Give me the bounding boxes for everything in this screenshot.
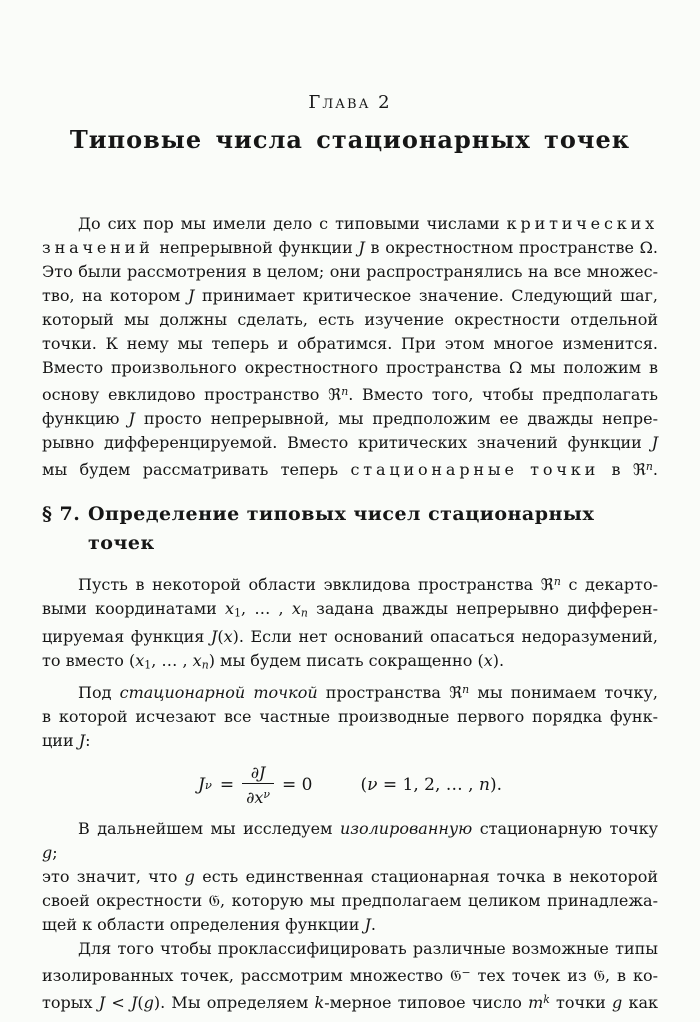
text-segment: изолированных точек, рассмотрим множеств…: [42, 966, 450, 985]
text-segment-m: g: [612, 993, 622, 1012]
text-segment: пространства: [318, 683, 450, 702]
text-segment-i: изолированную: [340, 819, 472, 838]
text-segment: ;: [52, 843, 57, 862]
text-segment: задана дважды непрерывно дифферен-: [308, 599, 658, 618]
text-segment: мы будем рассматривать теперь: [42, 460, 350, 479]
text-segment: тех точек из: [471, 966, 594, 985]
text-segment-m: g: [144, 993, 154, 1012]
text-segment-msup: k: [543, 993, 550, 1006]
text-segment: точки. К нему мы теперь и обратимся. При…: [42, 334, 658, 353]
text-segment: ) мы будем писать сокращенно (: [209, 651, 484, 670]
text-line: В дальнейшем мы исследуем изолированную …: [42, 817, 658, 865]
condition-var: ν: [367, 775, 377, 795]
equals-zero: = 0: [282, 775, 312, 795]
numerator-var: J: [259, 763, 265, 782]
text-segment: До сих пор мы имели дело с типовыми числ…: [78, 214, 507, 233]
paragraph-stationary-point-def: Под стационарной точкой пространства ℜn …: [42, 678, 658, 753]
condition-range: = 1, 2, … ,: [377, 775, 479, 795]
text-segment: как: [622, 993, 658, 1012]
equation-lhs-var: J: [198, 775, 205, 795]
fraction-denominator: ∂xν: [242, 783, 274, 807]
text-segment-frak: 𝔊: [209, 891, 220, 910]
paragraph-classification: Для того чтобы проклассифицировать разли…: [42, 937, 658, 1015]
text-line: тво, на котором J принимает критическое …: [42, 284, 658, 308]
text-segment: <: [105, 993, 131, 1012]
equation-stationary-condition: Jν = ∂J ∂xν = 0 (ν = 1, 2, … , n).: [42, 761, 658, 809]
text-segment: ). Мы определяем: [154, 993, 315, 1012]
text-segment-frak: ℜ: [541, 575, 554, 594]
text-segment: функцию: [42, 409, 128, 428]
text-segment: :: [85, 731, 90, 750]
equation-lhs-subscript: ν: [205, 778, 212, 792]
text-segment: .: [371, 915, 376, 934]
text-segment-i: стационарной точкой: [120, 683, 318, 702]
paren-close: ).: [490, 775, 502, 795]
text-segment: в: [599, 460, 633, 479]
equation-condition: (ν = 1, 2, … , n).: [361, 775, 503, 795]
text-line: значений непрерывной функции J в окрестн…: [42, 236, 658, 260]
text-segment: В дальнейшем мы исследуем: [78, 819, 340, 838]
text-segment-sp: критических: [507, 214, 658, 233]
text-segment-m: g: [42, 843, 52, 862]
text-segment-sp: значений: [42, 238, 154, 257]
text-line: ции J:: [42, 729, 658, 753]
text-segment: Под: [78, 683, 120, 702]
text-segment-m: m: [528, 993, 543, 1012]
chapter-label: Глава 2: [42, 90, 658, 116]
text-line: щей к области определения функции J.: [42, 913, 658, 937]
text-line: то вместо (x1, … , xn) мы будем писать с…: [42, 649, 658, 678]
text-segment: выми координатами: [42, 599, 225, 618]
paragraph-isolated-point: В дальнейшем мы исследуем изолированную …: [42, 817, 658, 937]
text-segment: это значит, что: [42, 867, 185, 886]
fraction-numerator: ∂J: [247, 764, 270, 783]
text-segment: Вместо произвольного окрестностного прос…: [42, 358, 658, 377]
text-segment-msub: n: [301, 606, 308, 619]
text-line: Это были рассмотрения в целом; они распр…: [42, 260, 658, 284]
text-segment-msup: n: [554, 575, 561, 588]
text-segment-sub: 1: [234, 606, 241, 619]
chapter-title: Типовые числа стационарных точек: [42, 124, 658, 156]
text-segment: , … ,: [151, 651, 192, 670]
text-segment-m: x: [225, 599, 234, 618]
section-title-line-2: точек: [88, 532, 155, 554]
text-segment-sp: стационарные: [350, 460, 517, 479]
text-line: основу евклидово пространство ℜn. Вместо…: [42, 380, 658, 407]
text-segment: принимает критическое значение. Следующи…: [194, 286, 658, 305]
text-segment: , в ко-: [605, 966, 658, 985]
text-segment: ). Если нет оснований опасаться недоразу…: [233, 627, 658, 646]
equals-sign: =: [220, 775, 234, 795]
section-title-line-1: Определение типовых чисел стационарных: [88, 503, 594, 525]
text-segment-m: k: [314, 993, 324, 1012]
text-segment-sp: точки: [530, 460, 599, 479]
text-segment-m: x: [224, 627, 233, 646]
text-segment: . Вместо того, чтобы предполагать: [348, 385, 658, 404]
text-segment-frak: ℜ: [328, 385, 341, 404]
section-heading: § 7. Определение типовых чисел стационар…: [42, 500, 658, 558]
text-segment-frak: ℜ: [449, 683, 462, 702]
text-line: Под стационарной точкой пространства ℜn …: [42, 678, 658, 705]
text-segment: тво, на котором: [42, 286, 188, 305]
text-segment: в окрестностном пространстве Ω.: [365, 238, 658, 257]
text-segment-m: x: [484, 651, 493, 670]
text-line: функцию J просто непрерывной, мы предпол…: [42, 407, 658, 431]
text-line: мы будем рассматривать теперь стационарн…: [42, 455, 658, 482]
text-segment: своей окрестности: [42, 891, 209, 910]
text-segment: щей к области определения функции: [42, 915, 364, 934]
text-segment: который мы должны сделать, есть изучение…: [42, 310, 658, 329]
text-segment-m: J: [652, 433, 658, 452]
text-segment: в которой исчезают все частные производн…: [42, 707, 658, 726]
text-line: точки. К нему мы теперь и обратимся. При…: [42, 332, 658, 356]
text-segment: стационарную точку: [472, 819, 663, 838]
text-segment: торых: [42, 993, 99, 1012]
condition-n: n: [479, 775, 490, 795]
text-line: До сих пор мы имели дело с типовыми числ…: [42, 212, 658, 236]
text-line: Для того чтобы проклассифицировать разли…: [42, 937, 658, 961]
section-number: § 7.: [42, 500, 88, 558]
text-segment-frak: 𝔊: [450, 966, 461, 985]
text-segment: .: [653, 460, 658, 479]
text-segment: [518, 460, 530, 479]
text-segment-m: x: [292, 599, 301, 618]
text-segment-sup: −: [461, 966, 470, 979]
text-line: Пусть в некоторой области эвклидова прос…: [42, 570, 658, 597]
text-segment: непрерывной функции: [154, 238, 359, 257]
text-line: в которой исчезают все частные производн…: [42, 705, 658, 729]
text-line: изолированных точек, рассмотрим множеств…: [42, 961, 658, 988]
text-segment-m: x: [193, 651, 202, 670]
text-segment: цируемая функция: [42, 627, 211, 646]
text-segment: ции: [42, 731, 79, 750]
text-line: цируемая функция J(x). Если нет основани…: [42, 625, 658, 649]
text-segment: Для того чтобы проклассифицировать разли…: [78, 939, 658, 958]
text-segment-m: x: [135, 651, 144, 670]
text-segment: , … ,: [241, 599, 292, 618]
paragraph-coordinates: Пусть в некоторой области эвклидова прос…: [42, 570, 658, 678]
text-segment: , которую мы предполагаем целиком принад…: [220, 891, 658, 910]
text-segment-m: g: [185, 867, 195, 886]
text-segment-msub: n: [202, 659, 209, 672]
text-segment: есть единственная стационарная точка в н…: [195, 867, 658, 886]
text-line: своей окрестности 𝔊, которую мы предпола…: [42, 889, 658, 913]
body-text: До сих пор мы имели дело с типовыми числ…: [42, 212, 658, 1015]
text-segment-frak: ℜ: [633, 460, 646, 479]
text-segment: с декарто-: [561, 575, 658, 594]
text-segment: Пусть в некоторой области эвклидова прос…: [78, 575, 541, 594]
section-title: Определение типовых чисел стационарныхто…: [88, 500, 594, 558]
text-segment: основу евклидово пространство: [42, 385, 328, 404]
denominator-superscript: ν: [263, 788, 270, 801]
text-segment: Это были рассмотрения в целом; они распр…: [42, 262, 658, 281]
text-line: выми координатами x1, … , xn задана дваж…: [42, 597, 658, 626]
text-line: Вместо произвольного окрестностного прос…: [42, 356, 658, 380]
text-segment: точки: [550, 993, 612, 1012]
text-line: рывно дифференцируемой. Вместо критическ…: [42, 431, 658, 455]
text-line: который мы должны сделать, есть изучение…: [42, 308, 658, 332]
text-segment: мы понимаем точку,: [469, 683, 658, 702]
text-line: торых J < J(g). Мы определяем k-мерное т…: [42, 988, 658, 1015]
text-segment: то вместо (: [42, 651, 135, 670]
text-line: это значит, что g есть единственная стац…: [42, 865, 658, 889]
text-segment: ).: [493, 651, 504, 670]
text-segment: -мерное типовое число: [324, 993, 528, 1012]
partial-symbol: ∂: [251, 763, 259, 782]
book-page: Глава 2 Типовые числа стационарных точек…: [0, 0, 700, 1022]
fraction-partial-derivative: ∂J ∂xν: [242, 764, 274, 807]
text-segment: просто непрерывной, мы предположим ее дв…: [135, 409, 658, 428]
text-segment-msup: n: [646, 460, 653, 473]
text-segment: рывно дифференцируемой. Вместо критическ…: [42, 433, 652, 452]
text-segment-frak: 𝔊: [594, 966, 605, 985]
paragraph-intro: До сих пор мы имели дело с типовыми числ…: [42, 212, 658, 482]
